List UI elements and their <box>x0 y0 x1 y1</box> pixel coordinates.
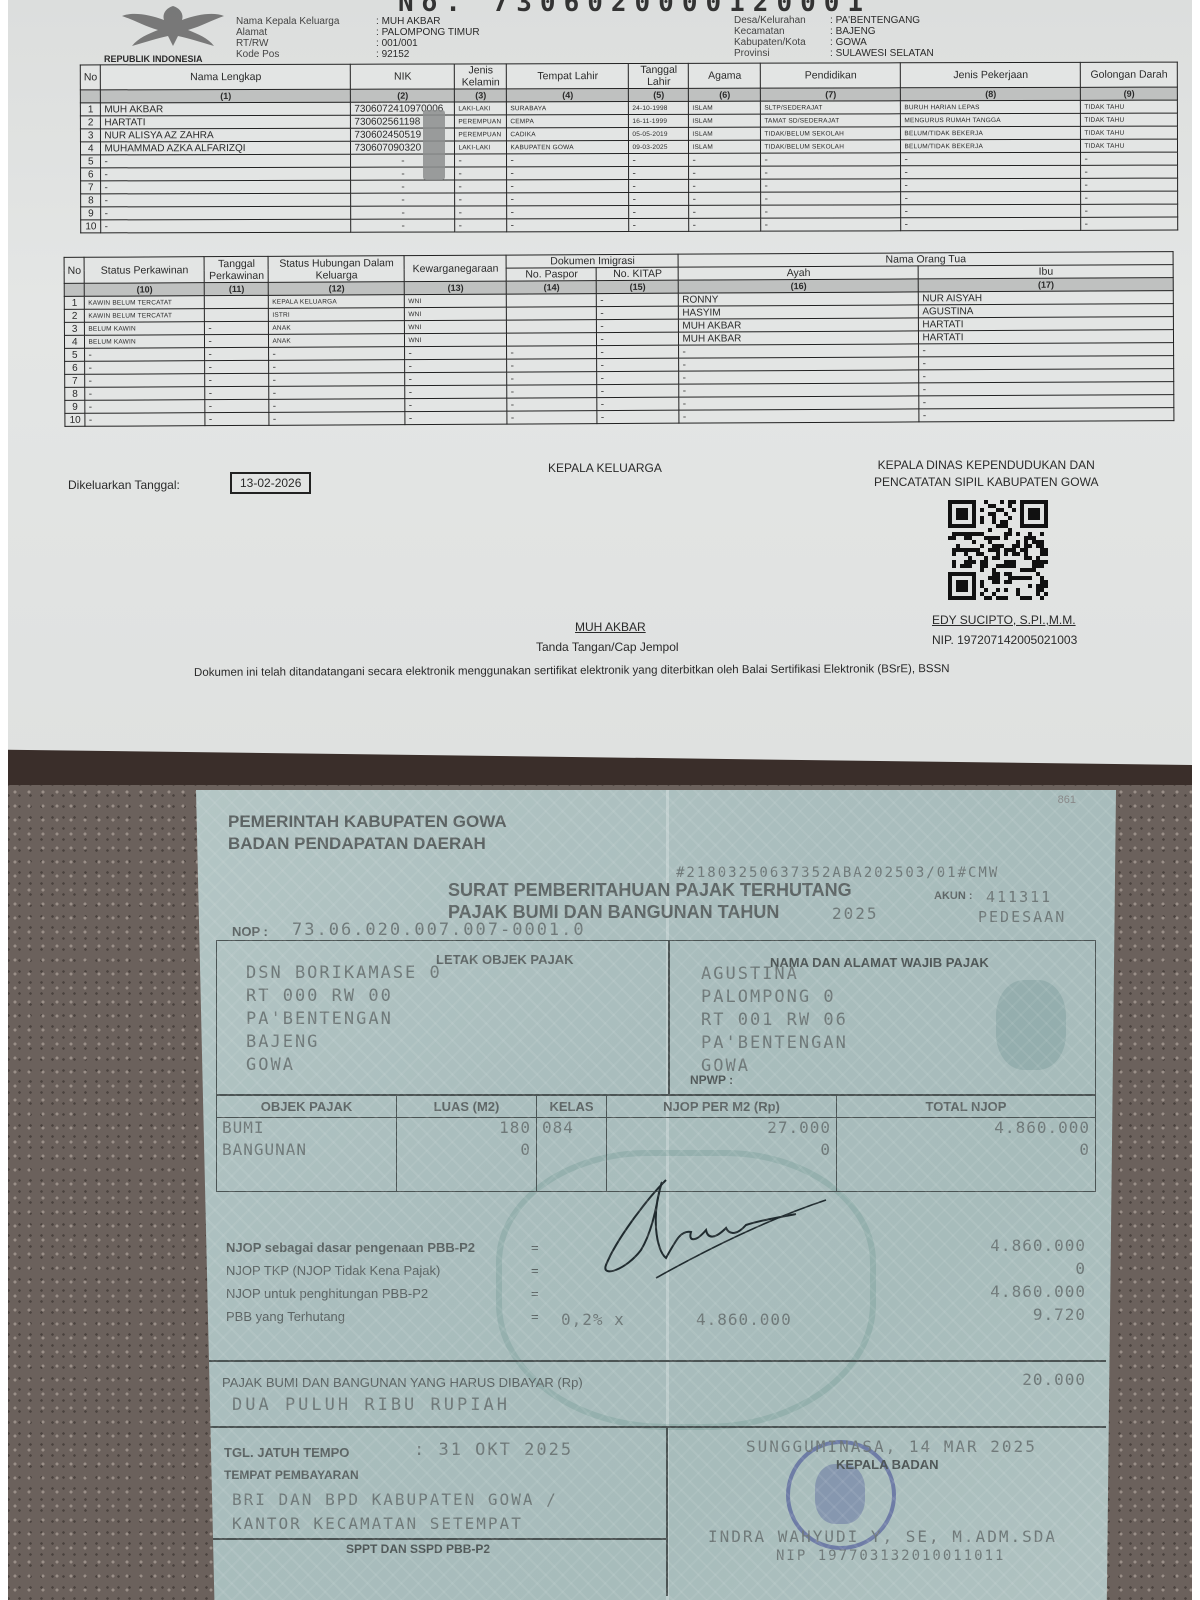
taxpayer-address: AGUSTINA PALOMPONG 0 RT 001 RW 06 PA'BEN… <box>701 963 848 1078</box>
address-line: PA'BENTENGAN <box>701 1032 848 1055</box>
table-cell: - <box>455 193 507 206</box>
info-label: Kode Pos <box>236 49 376 60</box>
table-cell: WNI <box>405 307 507 321</box>
table-cell: - <box>679 344 919 358</box>
col-header: Status Hubungan Dalam Keluarga <box>268 256 404 283</box>
table-cell: - <box>405 359 507 373</box>
table-cell: - <box>761 153 901 166</box>
table-cell: - <box>1081 191 1178 204</box>
table-cell: 09-03-2025 <box>629 140 689 153</box>
table-cell: ISTRI <box>269 308 405 322</box>
table-cell: - <box>507 398 597 411</box>
table-cell: 8 <box>81 194 101 207</box>
table-cell: - <box>919 369 1174 383</box>
table-cell: HARTATI <box>919 330 1174 344</box>
header-left-info: Nama Kepala KeluargaMUH AKBAR AlamatPALO… <box>236 16 480 60</box>
table-cell: ISLAM <box>689 114 761 127</box>
col-number: (16) <box>679 279 919 293</box>
section-divider <box>206 1426 1106 1428</box>
table-cell: TIDAK/BELUM SEKOLAH <box>761 140 901 153</box>
table-cell: - <box>455 167 507 180</box>
table-cell: - <box>507 346 597 359</box>
info-label: Desa/Kelurahan <box>734 15 830 26</box>
table-cell: KEPALA KELUARGA <box>269 295 405 309</box>
table-cell: WNI <box>405 294 507 308</box>
table-cell: 5 <box>65 348 86 361</box>
table-cell: - <box>269 373 405 387</box>
table-cell: BELUM KAWIN <box>85 335 205 349</box>
address-line: BAJENG <box>246 1031 442 1054</box>
col-header: Agama <box>689 63 761 88</box>
calc-eq: = <box>531 1240 539 1255</box>
table-cell: - <box>507 205 629 218</box>
address-divider <box>668 940 670 1095</box>
table-cell: BELUM KAWIN <box>85 322 205 336</box>
col-number: (5) <box>629 88 689 101</box>
col-number: (10) <box>85 283 205 297</box>
table-cell: HARTATI <box>101 115 351 129</box>
info-label: RT/RW <box>236 38 376 49</box>
calc-eq: = <box>531 1263 539 1278</box>
table-cell: TIDAK TAHU <box>1081 126 1178 139</box>
table-cell: - <box>405 372 507 386</box>
table-cell: NUR AISYAH <box>919 291 1174 305</box>
col-header: TOTAL NJOP <box>837 1096 1096 1118</box>
document-title: SURAT PEMBERITAHUAN PAJAK TERHUTANG <box>448 880 852 901</box>
table-cell: 27.000 <box>607 1118 837 1140</box>
table-row: BUMI18008427.0004.860.000 <box>217 1118 1096 1140</box>
table-cell: SLTP/SEDERAJAT <box>761 101 901 114</box>
info-value: SULAWESI SELATAN <box>830 48 934 59</box>
table-cell: BANGUNAN <box>217 1140 397 1192</box>
object-location-title: LETAK OBJEK PAJAK <box>436 952 573 967</box>
official-nip: NIP. 197207142005021003 <box>932 633 1077 647</box>
table-cell: - <box>597 397 679 410</box>
table-cell: - <box>269 399 405 413</box>
info-label: Kabupaten/Kota <box>734 37 830 48</box>
table-cell: - <box>85 413 205 427</box>
area-type: PEDESAAN <box>978 908 1066 926</box>
table-cell: - <box>901 217 1081 230</box>
table-cell: - <box>597 332 679 345</box>
family-head-label: KEPALA KELUARGA <box>548 461 662 475</box>
family-status-table: No Status Perkawinan Tanggal Perkawinan … <box>64 251 1175 427</box>
table-cell: - <box>689 218 761 231</box>
issue-city-date: SUNGGUMINASA, 14 MAR 2025 <box>746 1437 1037 1456</box>
table-cell: - <box>679 370 919 384</box>
agency-name: BADAN PENDAPATAN DAERAH <box>228 834 486 854</box>
table-cell: BELUM/TIDAK BEKERJA <box>901 126 1081 139</box>
emblem-caption: REPUBLIK INDONESIA <box>104 54 203 64</box>
tax-notice-document: 861 PEMERINTAH KABUPATEN GOWA BADAN PEND… <box>196 790 1116 1600</box>
table-cell <box>507 307 597 320</box>
table-cell: CEMPA <box>507 115 629 128</box>
section-divider <box>206 1538 666 1540</box>
calc-value: 0 <box>1075 1259 1086 1278</box>
table-cell: - <box>761 205 901 218</box>
table-cell: - <box>507 372 597 385</box>
payable-in-words: DUA PULUH RIBU RUPIAH <box>232 1395 510 1415</box>
col-number: (8) <box>901 87 1081 100</box>
table-cell: 1 <box>80 103 100 116</box>
table-cell: - <box>507 385 597 398</box>
table-cell: 7 <box>65 374 86 387</box>
calc-label: PBB yang Terhutang <box>226 1309 345 1324</box>
calc-label: NJOP sebagai dasar pengenaan PBB-P2 <box>226 1240 475 1255</box>
table-cell <box>507 320 597 333</box>
account-label: AKUN : <box>934 890 973 902</box>
table-cell: - <box>597 293 679 306</box>
table-cell: - <box>205 412 269 425</box>
qr-code-icon <box>948 500 1048 600</box>
table-cell: - <box>85 387 205 401</box>
table-cell: - <box>597 384 679 397</box>
table-cell: - <box>351 180 455 193</box>
table-cell: - <box>689 179 761 192</box>
table-cell: 4 <box>64 335 85 348</box>
table-cell: - <box>269 360 405 374</box>
table-cell: 9 <box>65 400 86 413</box>
signature-caption: Tanda Tangan/Cap Jempol <box>536 640 679 654</box>
table-cell: KABUPATEN GOWA <box>507 141 629 154</box>
table-cell: - <box>351 206 455 219</box>
col-header: Kewarganegaraan <box>404 255 506 282</box>
table-cell: 0 <box>837 1140 1096 1192</box>
table-cell: ANAK <box>269 334 405 348</box>
electronic-signature-disclaimer: Dokumen ini telah ditandatangani secara … <box>194 663 950 679</box>
table-cell: - <box>101 167 351 181</box>
calc-eq: = <box>531 1309 539 1324</box>
table-cell: LAKI-LAKI <box>455 141 507 154</box>
info-label: Kecamatan <box>734 26 830 37</box>
table-cell: 0 <box>397 1140 537 1192</box>
table-cell: - <box>205 399 269 412</box>
table-cell: - <box>761 192 901 205</box>
table-cell: 084 <box>537 1118 607 1140</box>
table-cell: 16-11-1999 <box>629 114 689 127</box>
info-value: GOWA <box>830 37 867 48</box>
col-header: No <box>64 257 85 283</box>
col-number: (2) <box>351 89 455 102</box>
col-number: (3) <box>455 89 507 102</box>
table-cell: - <box>507 154 629 167</box>
table-cell: MUHAMMAD AZKA ALFARIZQI <box>101 141 351 155</box>
table-cell: TIDAK TAHU <box>1081 100 1178 113</box>
table-cell: - <box>629 166 689 179</box>
payable-value: 20.000 <box>1022 1370 1086 1389</box>
table-cell: TIDAK TAHU <box>1081 139 1178 152</box>
table-cell: - <box>1081 165 1178 178</box>
table-cell: ISLAM <box>689 140 761 153</box>
table-cell: 4.860.000 <box>837 1118 1096 1140</box>
col-header: KELAS <box>537 1096 607 1118</box>
table-cell: - <box>629 218 689 231</box>
address-line: PALOMPONG 0 <box>701 986 848 1009</box>
table-cell: AGUSTINA <box>919 304 1174 318</box>
calc-value: 9.720 <box>1033 1305 1086 1324</box>
col-header: Ibu <box>919 265 1174 279</box>
table-cell: - <box>269 347 405 361</box>
document-code: #21803250637352ABA202503/01#CMW <box>676 865 999 881</box>
col-header: Jenis Kelamin <box>455 64 507 89</box>
table-cell: - <box>1081 152 1178 165</box>
table-cell: - <box>405 398 507 412</box>
table-cell: - <box>679 383 919 397</box>
info-value: 001/001 <box>376 38 418 49</box>
col-number: (17) <box>919 278 1174 292</box>
table-cell: - <box>679 396 919 410</box>
table-cell: - <box>205 334 269 347</box>
table-cell: - <box>351 219 455 232</box>
col-header: Ayah <box>679 266 919 280</box>
col-number: (6) <box>689 88 761 101</box>
payment-place-line: BRI DAN BPD KABUPATEN GOWA / <box>232 1488 558 1512</box>
nop-label: NOP : <box>232 924 268 939</box>
table-cell: 7 <box>81 181 101 194</box>
info-value: PA'BENTENGANG <box>830 15 920 26</box>
agency-head-nip: NIP 197703132010011011 <box>776 1548 1005 1564</box>
table-cell: PEREMPUAN <box>455 115 507 128</box>
table-cell: - <box>1081 204 1178 217</box>
col-number: (12) <box>269 282 405 296</box>
account-value: 411311 <box>986 888 1052 906</box>
table-cell: 3 <box>64 322 85 335</box>
table-cell: - <box>507 218 629 231</box>
table-cell: - <box>597 306 679 319</box>
info-value: 92152 <box>376 49 409 60</box>
table-cell: MUH AKBAR <box>679 331 919 345</box>
garuda-emblem-icon <box>118 2 228 48</box>
table-cell: - <box>507 359 597 372</box>
table-cell: HASYIM <box>679 305 919 319</box>
table-cell: KAWIN BELUM TERCATAT <box>85 296 205 310</box>
agency-head-line: KEPALA DINAS KEPENDUDUKAN DAN <box>874 457 1098 474</box>
col-header: Golongan Darah <box>1081 62 1178 87</box>
tax-rate-base: 4.860.000 <box>696 1310 792 1329</box>
payment-place-line: KANTOR KECAMATAN SETEMPAT <box>232 1512 558 1536</box>
col-number: (1) <box>101 89 351 103</box>
col-header: Tanggal Lahir <box>629 63 689 88</box>
family-card-photo: No. 7306020000120001 REPUBLIK INDONESIA … <box>8 0 1192 795</box>
nop-value: 73.06.020.007.007-0001.0 <box>292 920 586 940</box>
table-cell: - <box>679 409 919 423</box>
agency-head-label: KEPALA BADAN <box>836 1457 939 1472</box>
table-cell <box>205 308 269 321</box>
table-cell: - <box>597 358 679 371</box>
table-cell: - <box>597 410 679 423</box>
table-cell: KAWIN BELUM TERCATAT <box>85 309 205 323</box>
table-cell: - <box>507 193 629 206</box>
table-cell: - <box>919 343 1174 357</box>
due-date-label: TGL. JATUH TEMPO <box>224 1445 349 1460</box>
table-cell: 10 <box>65 413 86 426</box>
calc-label: NJOP TKP (NJOP Tidak Kena Pajak) <box>226 1263 440 1278</box>
table-cell: - <box>761 218 901 231</box>
table-cell: NUR ALISYA AZ ZAHRA <box>101 128 351 142</box>
table-cell: - <box>689 166 761 179</box>
table-cell: - <box>761 179 901 192</box>
table-cell: - <box>85 361 205 375</box>
col-header: NIK <box>351 64 455 89</box>
table-cell: - <box>405 411 507 425</box>
table-cell: - <box>597 371 679 384</box>
table-cell: - <box>629 205 689 218</box>
table-cell: - <box>629 192 689 205</box>
col-header: LUAS (M2) <box>397 1096 537 1118</box>
col-header: Tempat Lahir <box>507 64 629 89</box>
col-header: No. Paspor <box>507 268 597 281</box>
table-cell: - <box>101 219 351 233</box>
table-cell: 24-10-1998 <box>629 101 689 114</box>
table-cell: - <box>85 348 205 362</box>
table-cell: TIDAK TAHU <box>1081 113 1178 126</box>
section-divider <box>206 1360 1106 1362</box>
table-cell: BUMI <box>217 1118 397 1140</box>
table-cell: - <box>919 408 1174 422</box>
payment-place-label: TEMPAT PEMBAYARAN <box>224 1468 359 1482</box>
table-cell: 1 <box>64 296 85 309</box>
header-right-info: Desa/KelurahanPA'BENTENGANG KecamatanBAJ… <box>734 15 934 59</box>
table-cell: - <box>455 219 507 232</box>
table-cell: - <box>919 382 1174 396</box>
payable-label: PAJAK BUMI DAN BANGUNAN YANG HARUS DIBAY… <box>222 1375 583 1390</box>
payment-place-value: BRI DAN BPD KABUPATEN GOWA / KANTOR KECA… <box>232 1488 558 1536</box>
table-cell: 8 <box>65 387 86 400</box>
col-header: Jenis Pekerjaan <box>901 62 1081 87</box>
calc-value: 4.860.000 <box>990 1236 1086 1255</box>
table-cell: - <box>1081 178 1178 191</box>
table-cell: - <box>205 347 269 360</box>
table-cell: - <box>689 205 761 218</box>
agency-head-line: PENCATATAN SIPIL KABUPATEN GOWA <box>874 474 1098 491</box>
calc-value: 4.860.000 <box>990 1282 1086 1301</box>
table-cell: WNI <box>405 333 507 347</box>
table-cell: RONNY <box>679 292 919 306</box>
table-cell: - <box>269 412 405 426</box>
table-cell: - <box>351 193 455 206</box>
table-cell: 05-05-2019 <box>629 127 689 140</box>
handwritten-signature <box>596 1170 836 1280</box>
tax-notice-photo: 861 PEMERINTAH KABUPATEN GOWA BADAN PEND… <box>8 785 1192 1600</box>
table-cell: ANAK <box>269 321 405 335</box>
table-cell: 180 <box>397 1118 537 1140</box>
table-cell <box>507 294 597 307</box>
table-cell: - <box>85 400 205 414</box>
table-cell: - <box>679 357 919 371</box>
table-cell: TAMAT SD/SEDERAJAT <box>761 114 901 127</box>
tax-year: 2025 <box>832 904 879 923</box>
col-header: Pendidikan <box>761 63 901 88</box>
table-cell: - <box>689 192 761 205</box>
family-card-document: No. 7306020000120001 REPUBLIK INDONESIA … <box>8 0 1192 765</box>
address-line: AGUSTINA <box>701 963 848 986</box>
table-cell: 2 <box>80 116 100 129</box>
table-cell: BELUM/TIDAK BEKERJA <box>901 139 1081 152</box>
table-cell: - <box>507 411 597 424</box>
table-cell: - <box>205 386 269 399</box>
footer-divider <box>666 1426 668 1596</box>
table-cell: 2 <box>64 309 85 322</box>
col-number: (14) <box>507 281 597 294</box>
calc-eq: = <box>531 1286 539 1301</box>
table-cell: - <box>507 167 629 180</box>
table-cell: SURABAYA <box>507 102 629 115</box>
col-header: Status Perkawinan <box>85 257 205 284</box>
table-cell: - <box>901 165 1081 178</box>
redaction-mark <box>423 110 445 180</box>
table-cell: - <box>597 319 679 332</box>
issued-date-value: 13-02-2026 <box>230 472 311 494</box>
col-number <box>64 283 85 296</box>
col-header: Dokumen Imigrasi <box>506 254 678 268</box>
issued-date-label: Dikeluarkan Tanggal: <box>68 478 180 492</box>
official-name: EDY SUCIPTO, S.PI.,M.M. <box>932 613 1076 627</box>
table-cell: WNI <box>405 320 507 334</box>
table-cell: - <box>269 386 405 400</box>
col-number: (4) <box>507 89 629 102</box>
table-cell: ISLAM <box>689 127 761 140</box>
table-cell <box>205 295 269 308</box>
table-cell: 9 <box>81 207 101 220</box>
table-cell: - <box>101 154 351 168</box>
table-cell: - <box>901 178 1081 191</box>
npwp-label: NPWP : <box>690 1073 733 1087</box>
family-members-table: NoNama LengkapNIKJenis KelaminTempat Lah… <box>80 62 1178 234</box>
table-cell: - <box>901 191 1081 204</box>
table-cell: MUH AKBAR <box>101 102 351 116</box>
info-value: BAJENG <box>830 26 876 37</box>
info-label: Alamat <box>236 27 376 38</box>
col-header: No. KITAP <box>597 267 679 280</box>
address-line: RT 000 RW 00 <box>246 985 442 1008</box>
table-cell: - <box>919 395 1174 409</box>
tax-rate: 0,2% x <box>561 1310 625 1329</box>
table-cell: - <box>455 180 507 193</box>
table-cell: - <box>101 206 351 220</box>
table-cell: - <box>629 179 689 192</box>
corner-mark: 861 <box>1058 794 1076 806</box>
col-number: (9) <box>1081 87 1178 100</box>
table-cell: - <box>205 321 269 334</box>
table-cell: - <box>101 193 351 207</box>
col-number: (7) <box>761 88 901 101</box>
table-cell: BURUH HARIAN LEPAS <box>901 100 1081 113</box>
table-cell: MENGURUS RUMAH TANGGA <box>901 113 1081 126</box>
table-cell: - <box>455 154 507 167</box>
table-cell: - <box>507 180 629 193</box>
address-line: RT 001 RW 06 <box>701 1009 848 1032</box>
table-cell: - <box>901 204 1081 217</box>
table-cell: 6 <box>81 168 101 181</box>
table-cell: - <box>901 152 1081 165</box>
table-cell: HARTATI <box>919 317 1174 331</box>
table-cell: 4 <box>80 142 100 155</box>
table-cell: - <box>689 153 761 166</box>
table-cell: 5 <box>81 155 101 168</box>
address-line: GOWA <box>246 1054 442 1077</box>
col-header: OBJEK PAJAK <box>217 1096 397 1118</box>
table-cell: - <box>405 385 507 399</box>
table-cell: - <box>101 180 351 194</box>
table-cell: - <box>629 153 689 166</box>
table-cell: 10 <box>81 220 101 233</box>
table-cell: - <box>85 374 205 388</box>
object-location-address: DSN BORIKAMASE 0 RT 000 RW 00 PA'BENTENG… <box>246 962 442 1077</box>
col-number: (15) <box>597 280 679 293</box>
col-number <box>80 90 100 103</box>
info-value: MUH AKBAR <box>376 16 440 27</box>
table-cell: - <box>455 206 507 219</box>
